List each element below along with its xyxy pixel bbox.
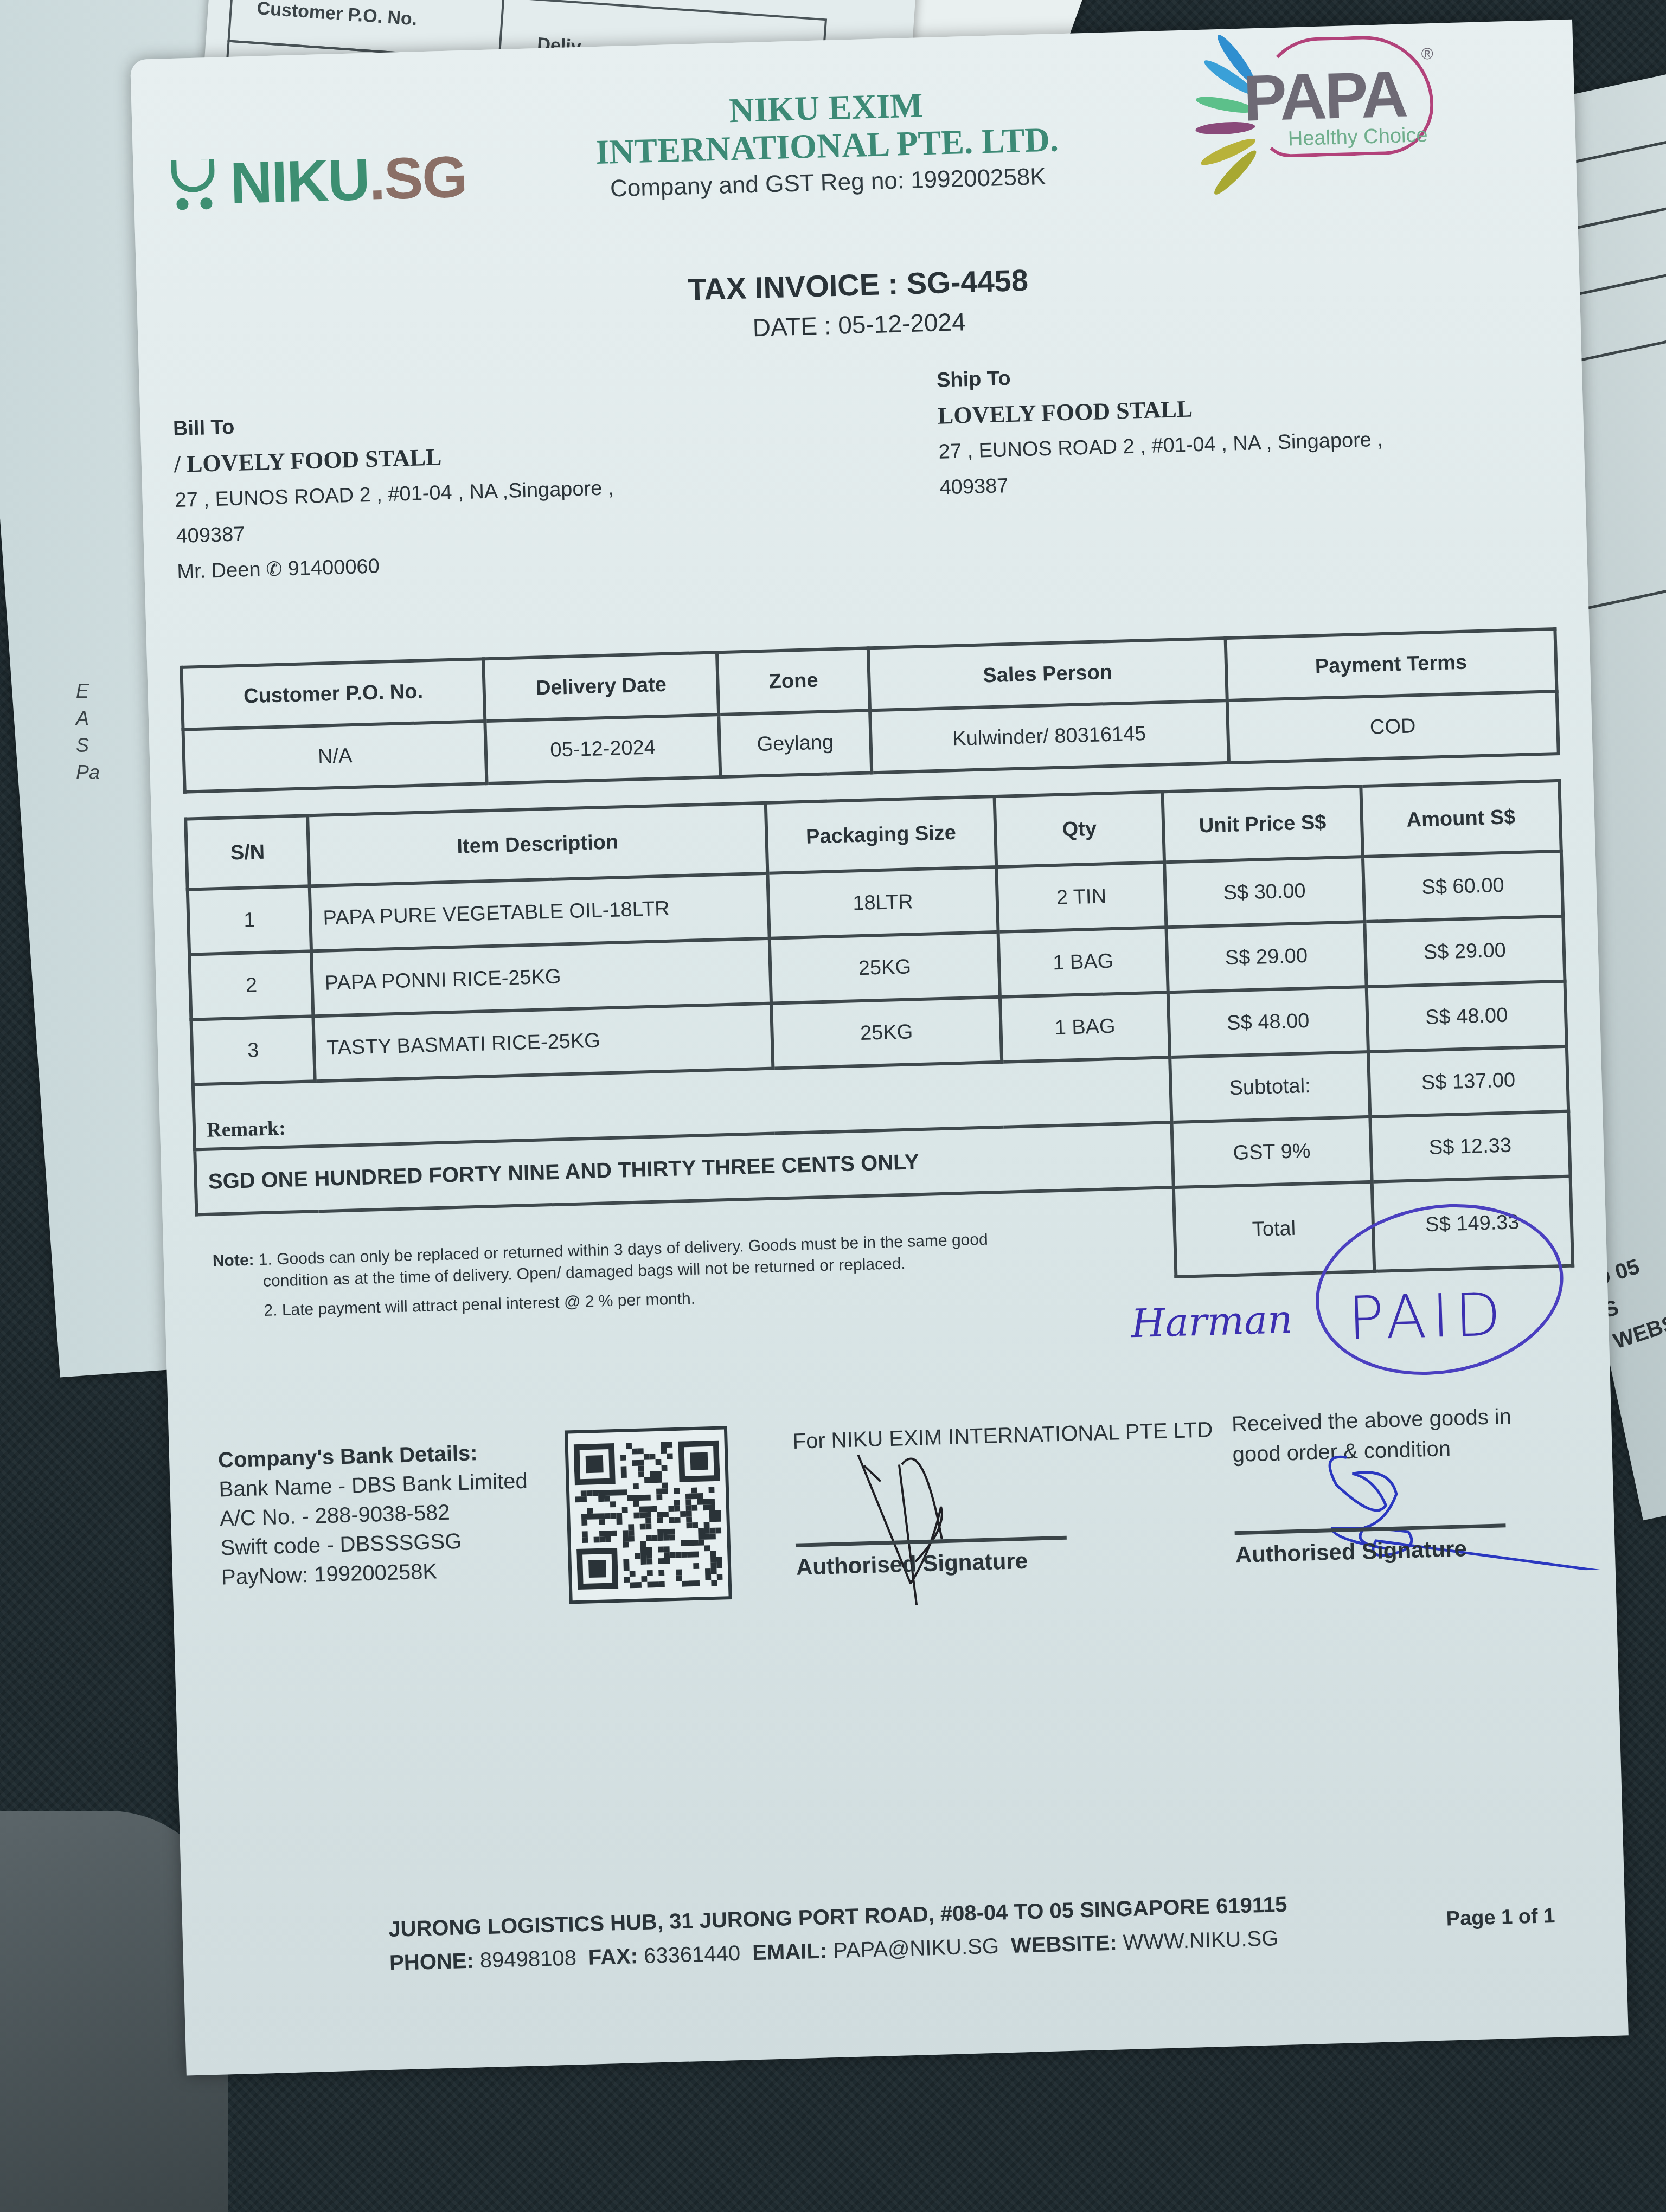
footer-phone-label: PHONE: [389, 1949, 475, 1975]
niku-logo-suffix: .SG [368, 144, 467, 212]
footer-fax-label: FAX: [588, 1944, 638, 1970]
handwritten-name: Harman [1131, 1296, 1293, 1346]
contact-phone: 91400060 [287, 555, 380, 581]
niku-logo-text: NIKU.SG [229, 143, 467, 217]
gst-value: S$ 12.33 [1370, 1111, 1570, 1182]
payment-terms-value: COD [1227, 691, 1559, 763]
delivery-date-value: 05-12-2024 [485, 715, 721, 783]
customer-po-value: N/A [183, 721, 487, 792]
items-header: Unit Price S$ [1162, 786, 1363, 862]
footer-email-label: EMAIL: [752, 1939, 828, 1965]
sales-person-value: Kulwinder/ 80316145 [870, 700, 1229, 773]
item-amount: S$ 29.00 [1364, 916, 1565, 987]
invoice-title-block: TAX INVOICE : SG-4458 DATE : 05-12-2024 [137, 247, 1581, 359]
item-unit-price: S$ 30.00 [1164, 857, 1364, 927]
page-number: Page 1 of 1 [1446, 1905, 1555, 1931]
company-block: NIKU EXIM INTERNATIONAL PTE. LTD. Compan… [554, 81, 1099, 204]
item-unit-price: S$ 29.00 [1166, 922, 1366, 992]
meta-header: Sales Person [868, 638, 1227, 710]
paynow-qr-code [565, 1426, 732, 1604]
item-sn: 2 [189, 951, 313, 1019]
note-label: Note: [212, 1251, 254, 1270]
footer-phone: 89498108 [479, 1946, 576, 1972]
papa-tagline: Healthy Choice [1287, 124, 1428, 151]
subtotal-label: Subtotal: [1170, 1052, 1370, 1122]
item-unit-price: S$ 48.00 [1168, 987, 1368, 1057]
zone-value: Geylang [719, 710, 872, 777]
shopping-cart-icon [165, 153, 221, 215]
qr-code-icon [573, 1435, 723, 1595]
background-left-fragment: E A S Pa [76, 678, 100, 786]
invoice-sheet: NIKU.SG NIKU EXIM INTERNATIONAL PTE. LTD… [130, 20, 1629, 2076]
item-description: PAPA PONNI RICE-25KG [311, 938, 771, 1017]
fragment-line: S [76, 732, 100, 759]
invoice-header: NIKU.SG NIKU EXIM INTERNATIONAL PTE. LTD… [130, 20, 1578, 255]
item-description: TASTY BASMATI RICE-25KG [313, 1004, 773, 1082]
ship-to-block: Ship To LOVELY FOOD STALL 27 , EUNOS ROA… [936, 350, 1385, 506]
order-meta-table: Customer P.O. No. Delivery Date Zone Sal… [180, 627, 1560, 794]
invoice-footer: JURONG LOGISTICS HUB, 31 JURONG PORT ROA… [388, 1888, 1289, 1980]
company-signature-scribble [847, 1440, 1015, 1623]
fragment-line: Pa [76, 759, 100, 786]
fragment-line: E [76, 678, 100, 705]
footer-website: WWW.NIKU.SG [1123, 1926, 1279, 1954]
item-qty: 2 TIN [996, 862, 1166, 932]
papa-logo: PAPA ® Healthy Choice [1177, 34, 1440, 166]
item-amount: S$ 48.00 [1367, 981, 1567, 1052]
meta-header: Delivery Date [484, 652, 719, 721]
item-qty: 1 BAG [998, 927, 1168, 997]
item-sn: 1 [188, 886, 311, 954]
handwritten-paid: PAID [1347, 1279, 1507, 1353]
meta-header: Customer P.O. No. [181, 659, 485, 730]
item-packaging: 18LTR [767, 867, 998, 938]
footer-website-label: WEBSITE: [1011, 1931, 1118, 1958]
items-header: Item Description [307, 803, 767, 886]
gst-label: GST 9% [1171, 1117, 1372, 1187]
niku-logo-main: NIKU [229, 146, 370, 216]
niku-logo: NIKU.SG [165, 143, 467, 218]
meta-header: Payment Terms [1225, 629, 1556, 700]
item-amount: S$ 60.00 [1363, 851, 1563, 922]
item-qty: 1 BAG [1000, 992, 1170, 1062]
meta-header: Zone [717, 648, 870, 715]
item-sn: 3 [191, 1016, 315, 1084]
items-table: S/N Item Description Packaging Size Qty … [184, 779, 1574, 1306]
item-description: PAPA PURE VEGETABLE OIL-18LTR [310, 873, 770, 951]
registered-mark: ® [1421, 45, 1433, 64]
items-header: Amount S$ [1361, 781, 1561, 857]
bank-details: Company's Bank Details: Bank Name - DBS … [217, 1437, 530, 1592]
contact-name: Mr. Deen [177, 558, 261, 583]
item-packaging: 25KG [771, 997, 1002, 1069]
items-header: Qty [995, 792, 1164, 867]
footer-fax: 63361440 [644, 1941, 741, 1968]
bill-to-block: Bill To / LOVELY FOOD STALL 27 , EUNOS R… [172, 398, 616, 589]
footer-email: PAPA@NIKU.SG [833, 1934, 999, 1963]
items-header: S/N [185, 815, 310, 889]
items-header: Packaging Size [766, 796, 997, 873]
phone-icon: ✆ [266, 551, 283, 588]
fragment-line: A [76, 705, 100, 732]
subtotal-value: S$ 137.00 [1368, 1046, 1568, 1117]
item-packaging: 25KG [770, 932, 1001, 1004]
papa-logo-text: PAPA [1242, 56, 1407, 136]
